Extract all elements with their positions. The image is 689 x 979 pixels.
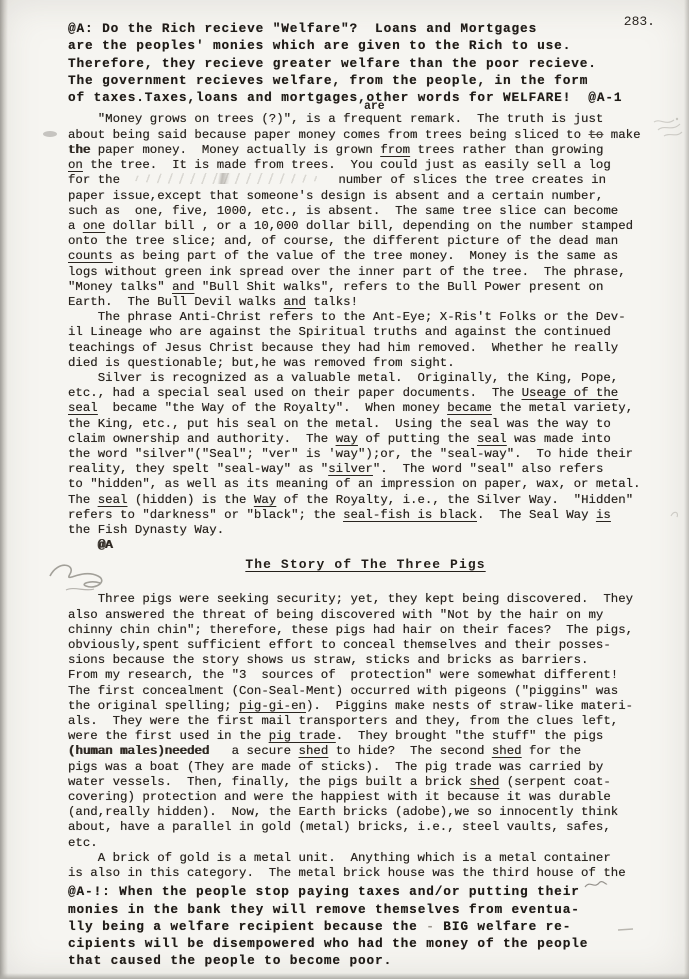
text-segment: from <box>380 143 410 157</box>
text-line: water vessels. Then, finally, the pigs b… <box>68 775 663 790</box>
text-segment: Silver is recognized as a valuable metal… <box>68 371 618 385</box>
text-segment: Way <box>254 493 276 507</box>
text-segment: a secure <box>209 744 298 758</box>
text-line: the word "silver"("Seal"; "ver" is 'way"… <box>68 447 663 462</box>
page-edge-right <box>684 0 689 979</box>
text-segment: "Money grows on trees (?)", is a frequen… <box>68 112 603 126</box>
text-segment: and <box>284 295 306 309</box>
text-segment: claim ownership and authority. The <box>68 432 336 446</box>
text-line: lly being a welfare recipient because th… <box>68 918 663 935</box>
text-segment: counts <box>68 249 113 263</box>
text-segment: cipients will be disempowered who had th… <box>68 936 588 951</box>
text-line: als. They were the first mail transporte… <box>68 714 663 729</box>
text-line: the Fish Dynasty Way. <box>68 523 663 538</box>
text-line: Earth. The Bull Devil walks and talks! <box>68 295 663 310</box>
text-segment: became <box>447 401 492 415</box>
text-segment: seal <box>98 493 128 507</box>
text-segment: "Bull Shit walks", refers to the Bull Po… <box>194 280 603 294</box>
text-segment: (serpent coat- <box>499 775 611 789</box>
text-line: pigs was a boat (They are made of sticks… <box>68 760 663 775</box>
text-segment: logs without green ink spread over the i… <box>68 265 626 279</box>
text-line: about, have a parallel in gold (metal) b… <box>68 820 663 835</box>
text-line: Therefore, they recieve greater welfare … <box>68 55 663 72</box>
text-segment: Therefore, they recieve greater welfare … <box>68 56 597 71</box>
text-line: obviously,spent sufficient effort to con… <box>68 638 663 653</box>
text-line: The seal (hidden) is the Way of the Roya… <box>68 493 663 508</box>
text-line: cipients will be disempowered who had th… <box>68 935 663 952</box>
text-segment: water vessels. Then, finally, the pigs b… <box>68 775 470 789</box>
text-segment: a <box>68 219 83 233</box>
text-segment: the <box>68 143 90 157</box>
text-segment: of the Royalty, i.e., the Silver Way. "H… <box>276 493 633 507</box>
text-line: the paper money. Money actually is grown… <box>68 143 663 158</box>
text-line: that caused the people to become poor. <box>68 952 663 969</box>
text-line: paper issue,except that someone's design… <box>68 189 663 204</box>
text-segment: etc. <box>68 836 98 850</box>
text-line: claim ownership and authority. The way o… <box>68 432 663 447</box>
text-line: Three pigs were seeking security; yet, t… <box>68 592 663 607</box>
text-segment: is <box>596 508 611 522</box>
text-line: (human males)needed a secure shed to hid… <box>68 744 663 759</box>
text-segment: monies in the bank they will remove them… <box>68 902 580 917</box>
text-line: is also in this category. The metal bric… <box>68 866 663 881</box>
text-line: on the tree. It is made from trees. You … <box>68 158 663 173</box>
text-segment: as being part of the value of the tree m… <box>113 249 619 263</box>
text-segment: (hidden) is the <box>128 493 254 507</box>
closing-welfare-paragraph: @A-!: When the people stop paying taxes … <box>68 883 663 969</box>
text-line: are the peoples' monies which are given … <box>68 37 663 54</box>
text-segment: lly being a welfare recipient because th… <box>68 919 426 934</box>
text-segment: paper issue,except that someone's design… <box>68 189 603 203</box>
text-line: The government recieves welfare, from th… <box>68 72 663 89</box>
text-segment: the word "silver"("Seal"; "ver" is 'way"… <box>68 447 633 461</box>
text-segment: Useage of the <box>522 386 619 400</box>
intro-question-paragraph: @A: Do the Rich recieve "Welfare"? Loans… <box>68 20 663 106</box>
paragraph-money-trees: "Money grows on trees (?)", is a frequen… <box>68 112 663 310</box>
text-segment: @A <box>98 538 113 552</box>
text-segment: for the <box>68 173 128 187</box>
text-segment: il Lineage who are against the Spiritual… <box>68 325 611 339</box>
text-line: @A-!: When the people stop paying taxes … <box>68 883 663 900</box>
text-line: (and,really hidden). Now, the Earth bric… <box>68 805 663 820</box>
text-segment: paper money. Money actually is grown <box>90 143 380 157</box>
text-segment: to <box>589 128 604 142</box>
text-line: @A: Do the Rich recieve "Welfare"? Loans… <box>68 20 663 37</box>
text-segment: onto the tree slice; and, of course, the… <box>68 234 618 248</box>
text-segment: The government recieves welfare, from th… <box>68 73 588 88</box>
text-line: "Money talks" and "Bull Shit walks", ref… <box>68 280 663 295</box>
text-segment: shed <box>299 744 329 758</box>
text-line: sions because the story shows us straw, … <box>68 653 663 668</box>
text-segment: that caused the people to become poor. <box>68 953 392 968</box>
text-line: covering) protection and were the happie… <box>68 790 663 805</box>
text-segment: one <box>83 219 105 233</box>
text-segment: of putting the <box>358 432 477 446</box>
page-edge-left <box>0 0 8 979</box>
text-segment: shed <box>492 744 522 758</box>
text-segment: seal-fish is black <box>343 508 477 522</box>
text-segment: seal <box>68 401 98 415</box>
text-segment: ). Piggins make nests of straw-like mate… <box>306 699 633 713</box>
paragraph-gold-brick: A brick of gold is a metal unit. Anythin… <box>68 851 663 881</box>
text-line: monies in the bank they will remove them… <box>68 901 663 918</box>
text-line: teachings of Jesus Christ because they h… <box>68 341 663 356</box>
text-segment: such as one, five, 1000, etc., is absent… <box>68 204 618 218</box>
text-segment: - <box>426 919 435 934</box>
text-segment: pig trade <box>269 729 336 743</box>
text-segment: sions because the story shows us straw, … <box>68 653 589 667</box>
text-line: for the number of slices the tree create… <box>68 173 663 188</box>
text-line: etc. <box>68 836 663 851</box>
typewritten-page-body: @A: Do the Rich recieve "Welfare"? Loans… <box>68 20 663 970</box>
text-segment: . The Seal Way <box>477 508 596 522</box>
text-segment: the metal variety, <box>492 401 633 415</box>
text-line: a one dollar bill , or a 10,000 dollar b… <box>68 219 663 234</box>
text-line: The phrase Anti-Christ refers to the Ant… <box>68 310 663 325</box>
scanned-document: { "page_number": "283.", "colors": { "in… <box>0 0 689 979</box>
text-segment: From my research, the "3 sources of prot… <box>68 668 618 682</box>
text-segment: obviously,spent sufficient effort to con… <box>68 638 611 652</box>
text-line: also answered the threat of being discov… <box>68 608 663 623</box>
text-line: chinny chin chin"; therefore, these pigs… <box>68 623 663 638</box>
text-segment: The phrase Anti-Christ refers to the Ant… <box>68 310 626 324</box>
text-segment: pigs was a boat (They are made of sticks… <box>68 760 603 774</box>
text-segment: is also in this category. The metal bric… <box>68 866 626 880</box>
text-segment: . They brought "the stuff" the pigs <box>336 729 604 743</box>
text-segment: also answered the threat of being discov… <box>68 608 603 622</box>
text-segment: als. They were the first mail transporte… <box>68 714 618 728</box>
text-segment: talks! <box>306 295 358 309</box>
text-line: From my research, the "3 sources of prot… <box>68 668 663 683</box>
erased-scribble <box>128 173 324 184</box>
text-segment: the original spelling; <box>68 699 239 713</box>
text-segment: number of slices the tree creates in <box>324 173 607 187</box>
text-segment: Earth. The Bull Devil walks <box>68 295 284 309</box>
section-heading: The Story of The Three Pigs <box>68 557 663 572</box>
text-segment: shed <box>470 775 500 789</box>
text-segment: to hide? The second <box>328 744 492 758</box>
text-segment: to "hidden", as well as its meaning of a… <box>68 477 641 491</box>
text-segment: (human males)needed <box>68 744 209 758</box>
text-segment: (and,really hidden). Now, the Earth bric… <box>68 805 618 819</box>
paragraph-antichrist: The phrase Anti-Christ refers to the Ant… <box>68 310 663 371</box>
text-segment: @A-!: When the people stop paying taxes … <box>68 884 580 899</box>
text-line: "Money grows on trees (?)", is a frequen… <box>68 112 663 127</box>
text-segment: on <box>68 158 83 172</box>
text-line: the King, etc., put his seal on the meta… <box>68 417 663 432</box>
text-segment: chinny chin chin"; therefore, these pigs… <box>68 623 633 637</box>
paragraph-three-pigs: Three pigs were seeking security; yet, t… <box>68 592 663 850</box>
text-line: about being said because paper money com… <box>68 128 663 143</box>
text-segment: was made into <box>507 432 611 446</box>
text-line: onto the tree slice; and, of course, the… <box>68 234 663 249</box>
text-line: refers to "darkness" or "black"; the sea… <box>68 508 663 523</box>
text-segment: etc., had a special seal used on their p… <box>68 386 522 400</box>
text-segment: silver <box>328 462 373 476</box>
text-segment: The <box>68 493 98 507</box>
text-line: Silver is recognized as a valuable metal… <box>68 371 663 386</box>
text-segment: Three pigs were seeking security; yet, t… <box>68 592 633 606</box>
text-segment: way <box>336 432 358 446</box>
text-line: logs without green ink spread over the i… <box>68 265 663 280</box>
text-segment: trees rather than growing <box>410 143 603 157</box>
text-segment: ". The word "seal" also refers <box>373 462 604 476</box>
text-segment: are the peoples' monies which are given … <box>68 38 571 53</box>
text-segment: "Money talks" <box>68 280 172 294</box>
text-line: the original spelling; pig-gi-en). Piggi… <box>68 699 663 714</box>
text-segment: seal <box>477 432 507 446</box>
text-line: @A <box>68 538 663 553</box>
text-line: counts as being part of the value of the… <box>68 249 663 264</box>
text-line: died is questionable; but,he was removed… <box>68 356 663 371</box>
page-edge-bottom <box>0 973 689 979</box>
text-segment: teachings of Jesus Christ because they h… <box>68 341 618 355</box>
text-segment: of taxes.Taxes,loans and mortgages,other… <box>68 90 622 105</box>
ink-blob-left-margin <box>40 128 62 140</box>
text-segment: covering) protection and were the happie… <box>68 790 611 804</box>
text-segment: A brick of gold is a metal unit. Anythin… <box>68 851 611 865</box>
text-segment: and <box>172 280 194 294</box>
paragraph-silver-seal: Silver is recognized as a valuable metal… <box>68 371 663 553</box>
tiny-mark-right <box>668 506 684 522</box>
text-line: seal became "the Way of the Royalty". Wh… <box>68 401 663 416</box>
text-line: reality, they spelt "seal-way" as "silve… <box>68 462 663 477</box>
text-line: etc., had a special seal used on their p… <box>68 386 663 401</box>
text-segment: died is questionable; but,he was removed… <box>68 356 455 370</box>
text-line: A brick of gold is a metal unit. Anythin… <box>68 851 663 866</box>
text-segment: refers to "darkness" or "black"; the <box>68 508 343 522</box>
text-segment: about being said because paper money com… <box>68 128 589 142</box>
text-line: such as one, five, 1000, etc., is absent… <box>68 204 663 219</box>
text-segment: the Fish Dynasty Way. <box>68 523 224 537</box>
text-line: were the first used in the pig trade. Th… <box>68 729 663 744</box>
text-segment: about, have a parallel in gold (metal) b… <box>68 820 611 834</box>
text-line: to "hidden", as well as its meaning of a… <box>68 477 663 492</box>
text-segment <box>68 538 98 552</box>
text-line: il Lineage who are against the Spiritual… <box>68 325 663 340</box>
text-segment: the tree. It is made from trees. You cou… <box>83 158 611 172</box>
text-segment: the King, etc., put his seal on the meta… <box>68 417 611 431</box>
text-segment: became "the Way of the Royalty". When mo… <box>98 401 447 415</box>
text-segment: reality, they spelt "seal-way" as " <box>68 462 328 476</box>
text-segment: were the first used in the <box>68 729 269 743</box>
text-segment: BIG welfare re- <box>435 919 571 934</box>
text-segment: make <box>603 128 640 142</box>
text-segment: The first concealment (Con-Seal-Ment) oc… <box>68 684 618 698</box>
text-segment: dollar bill , or a 10,000 dollar bill, d… <box>105 219 633 233</box>
text-segment: @A: Do the Rich recieve "Welfare"? Loans… <box>68 21 537 36</box>
text-line: The first concealment (Con-Seal-Ment) oc… <box>68 684 663 699</box>
text-segment: for the <box>522 744 582 758</box>
text-segment: pig-gi-en <box>239 699 306 713</box>
